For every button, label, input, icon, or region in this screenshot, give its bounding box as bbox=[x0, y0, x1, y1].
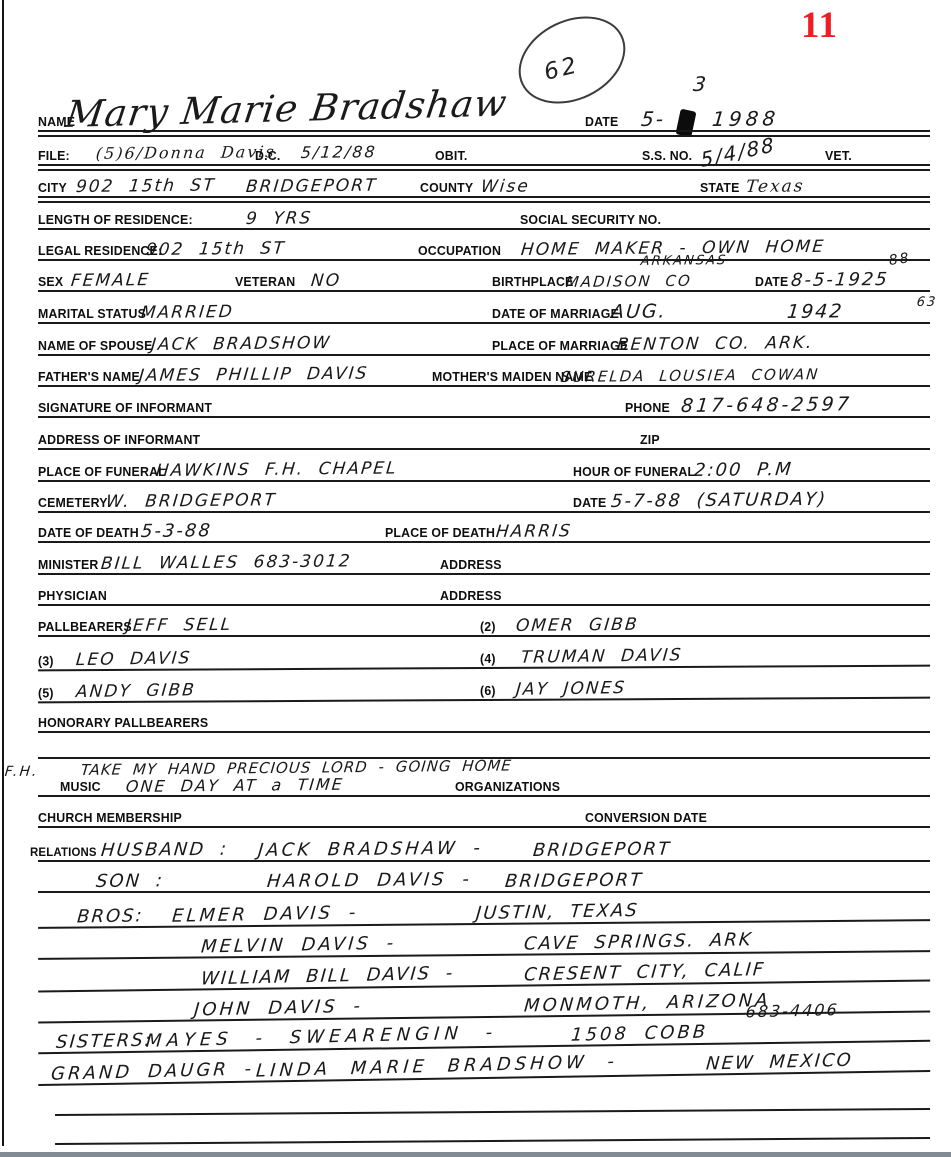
form-row-music: TAKE MY HAND PRECIOUS LORD - GOING HOME … bbox=[38, 767, 930, 797]
form-row-residence: LENGTH OF RESIDENCE: 9 YRS SOCIAL SECURI… bbox=[38, 200, 930, 230]
vet-label: VET. bbox=[825, 148, 852, 163]
state-value: Texas bbox=[745, 176, 805, 197]
death-place-label: PLACE OF DEATH bbox=[385, 525, 495, 540]
obit-label: OBIT. bbox=[435, 148, 468, 163]
form-row-sex: SEX FEMALE VETERAN NO BIRTHPLACE MADISON… bbox=[38, 262, 930, 292]
music-value: ONE DAY AT a TIME bbox=[125, 775, 345, 796]
physician-label: PHYSICIAN bbox=[38, 588, 107, 603]
form-row-informant-address: ADDRESS OF INFORMANT ZIP bbox=[38, 420, 930, 450]
minister-label: MINISTER bbox=[38, 557, 99, 572]
form-row-pallbearers-3: (5) ANDY GIBB (6) JAY JONES bbox=[38, 669, 930, 704]
file-label: FILE: bbox=[38, 148, 70, 163]
relation-place: CAVE SPRINGS. ARK bbox=[523, 929, 753, 954]
deceased-name-signature: Mary Marie Bradshaw bbox=[63, 82, 510, 136]
marital-status-value: MARRIED bbox=[140, 302, 235, 323]
relation-kin: SISTERS: bbox=[55, 1030, 153, 1053]
pallbearer-6: JAY JONES bbox=[515, 678, 627, 700]
zip-label: ZIP bbox=[640, 432, 660, 447]
minister-address-label: ADDRESS bbox=[440, 557, 502, 572]
pallbearer-4-number: (4) bbox=[480, 651, 496, 666]
form-row-informant: SIGNATURE OF INFORMANT PHONE 817-648-259… bbox=[38, 388, 930, 418]
birthdate-label: DATE bbox=[755, 274, 788, 289]
rule-line bbox=[38, 573, 930, 575]
relation-kin: HUSBAND : bbox=[100, 839, 229, 861]
relation-name: JACK BRADSHAW - bbox=[257, 838, 484, 861]
county-value: Wise bbox=[480, 176, 531, 197]
form-row-legal-residence: LEGAL RESIDENCE: 902 15th ST OCCUPATION … bbox=[38, 231, 930, 261]
pallbearer-5: ANDY GIBB bbox=[75, 680, 197, 702]
date-label: DATE bbox=[585, 114, 618, 129]
honorary-pallbearers-label: HONORARY PALLBEARERS bbox=[38, 715, 208, 730]
date-month-day: 5- bbox=[640, 107, 666, 131]
funeral-hour-label: HOUR OF FUNERAL bbox=[573, 464, 695, 479]
form-row-minister: MINISTER BILL WALLES 683-3012 ADDRESS bbox=[38, 545, 930, 575]
residence-value: 9 YRS bbox=[245, 208, 313, 229]
relation-place: BRIDGEPORT bbox=[532, 839, 672, 861]
form-row-death: DATE OF DEATH 5-3-88 PLACE OF DEATH HARR… bbox=[38, 513, 930, 543]
rule-line bbox=[38, 604, 930, 606]
blank-ruled-line bbox=[55, 1124, 930, 1145]
rule-line bbox=[38, 130, 930, 132]
church-membership-label: CHURCH MEMBERSHIP bbox=[38, 810, 182, 825]
sex-label: SEX bbox=[38, 274, 63, 289]
father-label: FATHER'S NAME bbox=[38, 369, 140, 384]
rule-line bbox=[38, 731, 930, 733]
rule-line bbox=[38, 164, 930, 166]
form-row-pallbearers-1: PALLBEARERS JEFF SELL (2) OMER GIBB bbox=[38, 607, 930, 637]
form-row-file: FILE: (5)6/Donna Davis 5/12/88 D.C. OBIT… bbox=[38, 136, 930, 166]
physician-address-label: ADDRESS bbox=[440, 588, 502, 603]
relation-row-husband: RELATIONS HUSBAND : JACK BRADSHAW - BRID… bbox=[38, 830, 930, 862]
file-note: (5)6/Donna Davis bbox=[95, 142, 277, 163]
death-date-value: 5-3-88 bbox=[140, 520, 213, 542]
form-row-spouse: NAME OF SPOUSE JACK BRADSHOW PLACE OF MA… bbox=[38, 326, 930, 356]
rule-line bbox=[38, 416, 930, 418]
form-row-honorary: HONORARY PALLBEARERS bbox=[38, 703, 930, 733]
relation-name: MELVIN DAVIS - bbox=[200, 933, 397, 958]
street-value: 902 15th ST bbox=[75, 176, 217, 197]
death-certificate-label: D.C. bbox=[255, 148, 280, 163]
birthdate-value: 8-5-1925 bbox=[790, 269, 890, 291]
cemetery-value: W. BRIDGEPORT bbox=[105, 490, 278, 512]
marriage-date-label: DATE OF MARRIAGE bbox=[492, 306, 619, 321]
rule-line bbox=[38, 385, 930, 387]
form-row-parents: FATHER'S NAME JAMES PHILLIP DAVIS MOTHER… bbox=[38, 357, 930, 387]
marriage-month: AUG. bbox=[610, 300, 668, 323]
pallbearer-2: OMER GIBB bbox=[515, 615, 640, 636]
form-row-city: CITY 902 15th ST BRIDGEPORT COUNTY Wise … bbox=[38, 168, 930, 198]
birthplace-value: MADISON CO bbox=[565, 272, 693, 291]
marriage-year: 1942 bbox=[786, 300, 845, 323]
county-label: COUNTY bbox=[420, 180, 473, 195]
spouse-label: NAME OF SPOUSE bbox=[38, 338, 153, 353]
veteran-label: VETERAN bbox=[235, 274, 295, 289]
date-year: 1988 bbox=[711, 106, 780, 131]
state-label: STATE bbox=[700, 180, 740, 195]
form-row-church: CHURCH MEMBERSHIP CONVERSION DATE bbox=[38, 798, 930, 828]
form-row-funeral: PLACE OF FUNERAL HAWKINS F.H. CHAPEL HOU… bbox=[38, 452, 930, 482]
rule-line bbox=[38, 795, 930, 797]
organizations-label: ORGANIZATIONS bbox=[455, 779, 560, 794]
form-row-name: NAME Mary Marie Bradshaw DATE 5- 3 1988 bbox=[38, 102, 930, 132]
relation-kin: SON : bbox=[95, 870, 165, 892]
rule-line bbox=[38, 448, 930, 450]
residence-label: LENGTH OF RESIDENCE: bbox=[38, 212, 193, 227]
ssn-handwritten-date: 5/4/88 bbox=[699, 132, 776, 172]
birthplace-label: BIRTHPLACE bbox=[492, 274, 573, 289]
scribbled-out-day bbox=[675, 109, 696, 138]
occupation-label: OCCUPATION bbox=[418, 243, 501, 258]
city-value: BRIDGEPORT bbox=[245, 176, 378, 197]
rule-line bbox=[38, 480, 930, 482]
relation-phone: 683-4406 bbox=[745, 1000, 840, 1021]
scan-left-edge bbox=[2, 0, 4, 1146]
spouse-value: JACK BRADSHOW bbox=[150, 333, 332, 355]
page-number-stamp: 11 bbox=[801, 4, 838, 47]
rule-line bbox=[38, 354, 930, 356]
rule-line bbox=[55, 1137, 930, 1145]
funeral-place-label: PLACE OF FUNERAL bbox=[38, 464, 166, 479]
form-row-cemetery: CEMETERY W. BRIDGEPORT DATE 5-7-88 (SATU… bbox=[38, 483, 930, 513]
form-row-marital: MARITAL STATUS MARRIED DATE OF MARRIAGE … bbox=[38, 294, 930, 324]
pallbearer-3-number: (3) bbox=[38, 653, 54, 668]
funeral-record-form: 11 62 NAME Mary Marie Bradshaw DATE 5- 3… bbox=[0, 0, 951, 1157]
pallbearer-6-number: (6) bbox=[480, 683, 496, 698]
funeral-date-label: DATE bbox=[573, 495, 606, 510]
phone-label: PHONE bbox=[625, 400, 670, 415]
marital-status-label: MARITAL STATUS bbox=[38, 306, 146, 321]
relation-name: HAROLD DAVIS - bbox=[266, 869, 473, 892]
city-label: CITY bbox=[38, 180, 67, 195]
pallbearer-3: LEO DAVIS bbox=[75, 648, 192, 670]
rule-line bbox=[38, 259, 930, 261]
form-row-pallbearers-2: (3) LEO DAVIS (4) TRUMAN DAVIS bbox=[38, 637, 930, 672]
conversion-date-label: CONVERSION DATE bbox=[585, 810, 707, 825]
cemetery-label: CEMETERY bbox=[38, 495, 108, 510]
fh-margin-note: F.H. bbox=[4, 764, 39, 780]
relation-row-son: SON : HAROLD DAVIS - BRIDGEPORT bbox=[38, 861, 930, 893]
funeral-date-value: 5-7-88 (SATURDAY) bbox=[610, 489, 828, 512]
birthplace-state-above: ARKANSAS bbox=[640, 253, 728, 269]
form-row-physician: PHYSICIAN ADDRESS bbox=[38, 576, 930, 606]
legal-residence-label: LEGAL RESIDENCE: bbox=[38, 243, 162, 258]
minister-value: BILL WALLES 683-3012 bbox=[100, 551, 352, 574]
rule-line bbox=[55, 1108, 930, 1116]
rule-line bbox=[38, 541, 930, 543]
rule-line bbox=[38, 826, 930, 828]
rule-line bbox=[38, 322, 930, 324]
relation-place: BRIDGEPORT bbox=[504, 870, 644, 892]
pallbearer-4: TRUMAN DAVIS bbox=[520, 645, 683, 668]
informant-signature-label: SIGNATURE OF INFORMANT bbox=[38, 400, 212, 415]
relation-kin: BROS: bbox=[76, 905, 144, 927]
corrected-day: 3 bbox=[692, 72, 709, 96]
relation-place: JUSTIN, TEXAS bbox=[475, 900, 640, 924]
death-place-value: HARRIS bbox=[495, 521, 573, 542]
pallbearers-label: PALLBEARERS bbox=[38, 619, 132, 634]
ssn-label: S.S. NO. bbox=[642, 148, 692, 163]
funeral-place-value: HAWKINS F.H. CHAPEL bbox=[155, 458, 398, 481]
legal-residence-value: 902 15th ST bbox=[145, 239, 287, 260]
pallbearer-1: JEFF SELL bbox=[125, 615, 233, 636]
rule-line bbox=[38, 290, 930, 292]
phone-value: 817-648-2597 bbox=[680, 393, 853, 417]
informant-address-label: ADDRESS OF INFORMANT bbox=[38, 432, 200, 447]
blank-ruled-line bbox=[55, 1095, 930, 1116]
pallbearer-2-number: (2) bbox=[480, 619, 496, 634]
rule-line bbox=[38, 196, 930, 198]
relation-name: ELMER DAVIS - bbox=[171, 902, 359, 927]
sex-value: FEMALE bbox=[70, 270, 151, 291]
marriage-place-value: BENTON CO. ARK. bbox=[616, 333, 814, 355]
rule-line bbox=[38, 228, 930, 230]
mother-value: SURELDA LOUSIEA COWAN bbox=[560, 365, 820, 386]
file-note-date: 5/12/88 bbox=[300, 142, 378, 162]
relations-label: RELATIONS bbox=[30, 845, 97, 859]
death-date-label: DATE OF DEATH bbox=[38, 525, 139, 540]
pallbearer-5-number: (5) bbox=[38, 685, 54, 700]
scan-bottom-bar bbox=[0, 1152, 951, 1157]
veteran-value: NO bbox=[310, 271, 342, 291]
marriage-place-label: PLACE OF MARRIAGE bbox=[492, 338, 628, 353]
father-value: JAMES PHILLIP DAVIS bbox=[138, 364, 369, 386]
social-security-label: SOCIAL SECURITY NO. bbox=[520, 212, 661, 227]
music-label: MUSIC bbox=[60, 779, 101, 794]
funeral-hour-value: 2:00 P.M bbox=[693, 459, 794, 481]
